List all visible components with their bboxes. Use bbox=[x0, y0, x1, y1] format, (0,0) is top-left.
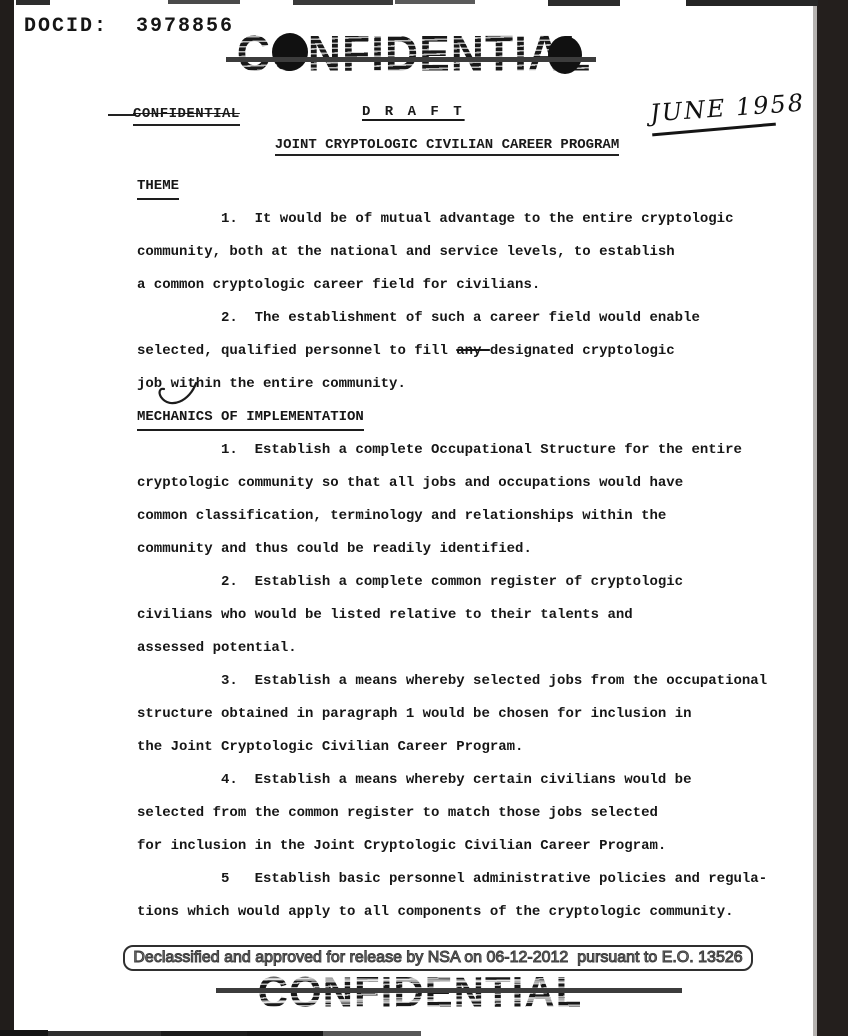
scan-artifact-bottom-5 bbox=[323, 1031, 421, 1036]
strikethrough-word: any- bbox=[456, 343, 490, 359]
scan-artifact-top-1 bbox=[16, 0, 50, 5]
body-line: 3. Establish a means whereby selected jo… bbox=[137, 671, 787, 704]
top-stamp-strike-line bbox=[226, 57, 596, 62]
body-line: 2. Establish a complete common register … bbox=[137, 572, 787, 605]
scan-artifact-bottom-1 bbox=[0, 1030, 48, 1036]
scan-artifact-top-5 bbox=[548, 0, 620, 6]
body-line: a common cryptologic career field for ci… bbox=[137, 275, 787, 308]
body-line: the Joint Cryptologic Civilian Career Pr… bbox=[137, 737, 787, 770]
body-line: tions which would apply to all component… bbox=[137, 902, 787, 935]
body-line: structure obtained in paragraph 1 would … bbox=[137, 704, 787, 737]
scan-artifact-bottom-3 bbox=[161, 1031, 247, 1036]
stamp-ink-blob-left bbox=[272, 33, 308, 71]
body-line: community and thus could be readily iden… bbox=[137, 539, 787, 572]
stamp-ink-blob-right bbox=[548, 36, 582, 74]
handwritten-date: JUNE 1958 bbox=[649, 89, 806, 128]
body-line: for inclusion in the Joint Cryptologic C… bbox=[137, 836, 787, 869]
body-line: 4. Establish a means whereby certain civ… bbox=[137, 770, 787, 803]
body-line: 1. Establish a complete Occupational Str… bbox=[137, 440, 787, 473]
body-line: job within the entire community. bbox=[137, 374, 787, 407]
body-line: selected from the common register to mat… bbox=[137, 803, 787, 836]
scan-artifact-top-6 bbox=[686, 0, 818, 6]
body-line: cryptologic community so that all jobs a… bbox=[137, 473, 787, 506]
body-line: assessed potential. bbox=[137, 638, 787, 671]
handwritten-caret-mark bbox=[156, 381, 200, 411]
section-heading-theme-text: THEME bbox=[137, 176, 179, 200]
draft-label: D R A F T bbox=[362, 104, 465, 120]
right-scan-border bbox=[817, 0, 848, 1036]
classification-strike-extension bbox=[108, 114, 136, 116]
document-title: JOINT CRYPTOLOGIC CIVILIAN CAREER PROGRA… bbox=[137, 137, 757, 153]
scan-artifact-top-3 bbox=[293, 0, 393, 5]
body-line-segment: designated cryptologic bbox=[490, 343, 675, 359]
declassification-banner-text: Declassified and approved for release by… bbox=[133, 949, 742, 967]
section-heading-mechanics: MECHANICS OF IMPLEMENTATION bbox=[137, 407, 787, 440]
body-line-segment: selected, qualified personnel to fill bbox=[137, 343, 456, 359]
body-line: community, both at the national and serv… bbox=[137, 242, 787, 275]
classification-crossed-out: CONFIDENTIAL bbox=[133, 106, 240, 126]
docid-label: DOCID: 3978856 bbox=[24, 15, 234, 38]
scan-artifact-bottom-4 bbox=[247, 1031, 323, 1036]
body-line: selected, qualified personnel to fill an… bbox=[137, 341, 787, 374]
scan-artifact-top-2 bbox=[168, 0, 240, 4]
body-line: civilians who would be listed relative t… bbox=[137, 605, 787, 638]
body-line: 5 Establish basic personnel administrati… bbox=[137, 869, 787, 902]
bottom-stamp-strike-line bbox=[216, 988, 682, 993]
body-line: 2. The establishment of such a career fi… bbox=[137, 308, 787, 341]
body-line: common classification, terminology and r… bbox=[137, 506, 787, 539]
document-body: THEME 1. It would be of mutual advantage… bbox=[137, 176, 787, 935]
scan-artifact-bottom-2 bbox=[48, 1031, 161, 1036]
left-scan-border bbox=[0, 0, 14, 1036]
section-heading-theme: THEME bbox=[137, 176, 787, 209]
scan-artifact-top-4 bbox=[395, 0, 475, 4]
body-line: 1. It would be of mutual advantage to th… bbox=[137, 209, 787, 242]
document-title-text: JOINT CRYPTOLOGIC CIVILIAN CAREER PROGRA… bbox=[275, 137, 619, 156]
scanned-document-page: DOCID: 3978856 CONFIDENTIAL CONFIDENTIAL… bbox=[0, 0, 848, 1036]
